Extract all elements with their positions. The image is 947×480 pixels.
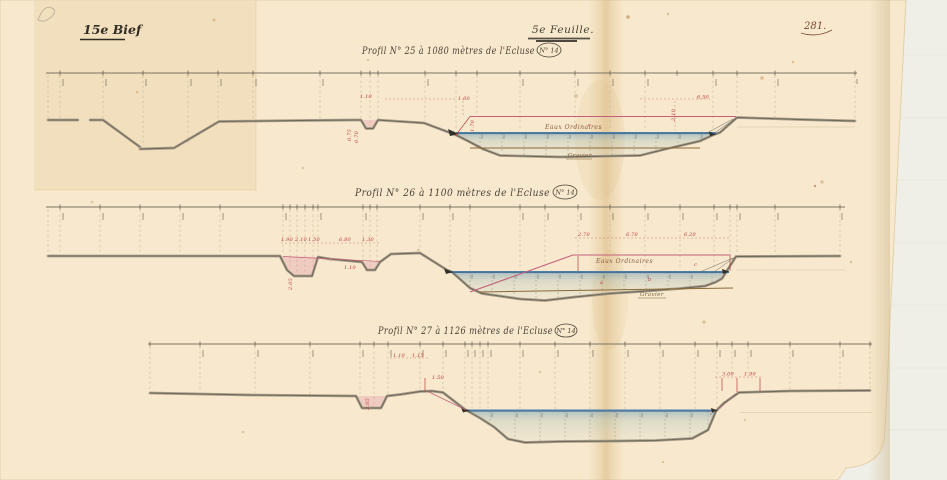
p2-water-label: Eaux Ordinaires	[595, 258, 653, 265]
p2-point-b: b	[648, 277, 651, 283]
p1-ditch-depth-a: 0.75	[347, 129, 353, 141]
p3-left-dim-b: 1.15	[412, 353, 424, 359]
p1-point-c: c	[588, 123, 591, 129]
p1-water-label: Eaux Ordinaires	[544, 124, 602, 131]
p3-left-slope-dim: 1.50	[432, 375, 445, 381]
p1-ditch-width: 1.10	[360, 94, 373, 100]
p3-ditch-depth: 2.05	[365, 398, 371, 411]
p2-left-dim-2: 1.50	[308, 237, 321, 243]
fold-stain-stripe	[588, 0, 624, 480]
p2-point-c: c	[694, 262, 697, 268]
profile-1-lock-ref: N° 14	[538, 47, 558, 55]
red-speck	[814, 185, 816, 187]
paper-patch-stain	[34, 0, 256, 190]
profile-3-title: Profil N° 27 à 1126 mètres de l'Ecluse	[377, 326, 553, 337]
scanned-canal-profile-sheet: 15e Bief 5e Feuille. 281. Profil N° 25 à…	[0, 0, 947, 480]
p3-right-dim-2: 1.90	[744, 372, 757, 378]
p2-bed-label: Gravier	[640, 292, 664, 298]
page-number: 281.	[803, 21, 826, 32]
p2-dim-3: 6.20	[684, 232, 697, 238]
bief-label: 15e Bief	[83, 22, 144, 37]
p2-left-dim-3: 6.80	[339, 237, 352, 243]
p3-left-dim-a: 1.10	[393, 353, 406, 359]
p2-small-notch-width: 1.10	[344, 265, 357, 271]
p1-left-bank-dim: 1.60	[458, 96, 471, 102]
p2-left-dim-1: 2.10	[294, 237, 308, 243]
p1-bed-label: Gravier	[568, 153, 592, 159]
p2-left-dim-4: 1.30	[362, 237, 375, 243]
p2-point-a: a	[600, 280, 603, 286]
p2-dim-1: 2.70	[577, 232, 591, 238]
profile-2-lock-ref: N° 14	[554, 189, 574, 197]
p1-left-depth: 1.70	[470, 119, 476, 132]
profile-1-title: Profil N° 25 à 1080 mètres de l'Ecluse	[361, 46, 535, 57]
p2-dim-2: 6.70	[626, 232, 639, 238]
p1-ditch-depth-b: 0.70	[354, 130, 360, 143]
drawing-canvas: 15e Bief 5e Feuille. 281. Profil N° 25 à…	[0, 0, 947, 480]
p3-right-dim-1: 3.00	[722, 372, 735, 378]
profile-3-lock-ref: N° 14	[555, 327, 575, 335]
p2-notch-depth: 2.05	[288, 278, 294, 291]
p2-left-dim-0: 1.90	[281, 237, 294, 243]
profile-2-title: Profil N° 26 à 1100 mètres de l'Ecluse	[354, 188, 550, 199]
paper-sheet	[0, 0, 906, 480]
p1-right-depth: 2.10	[671, 108, 677, 122]
p1-crest-width: 6.50	[697, 95, 710, 101]
paper-edge-shadow	[868, 0, 890, 480]
sheet-label: 5e Feuille.	[532, 24, 594, 36]
